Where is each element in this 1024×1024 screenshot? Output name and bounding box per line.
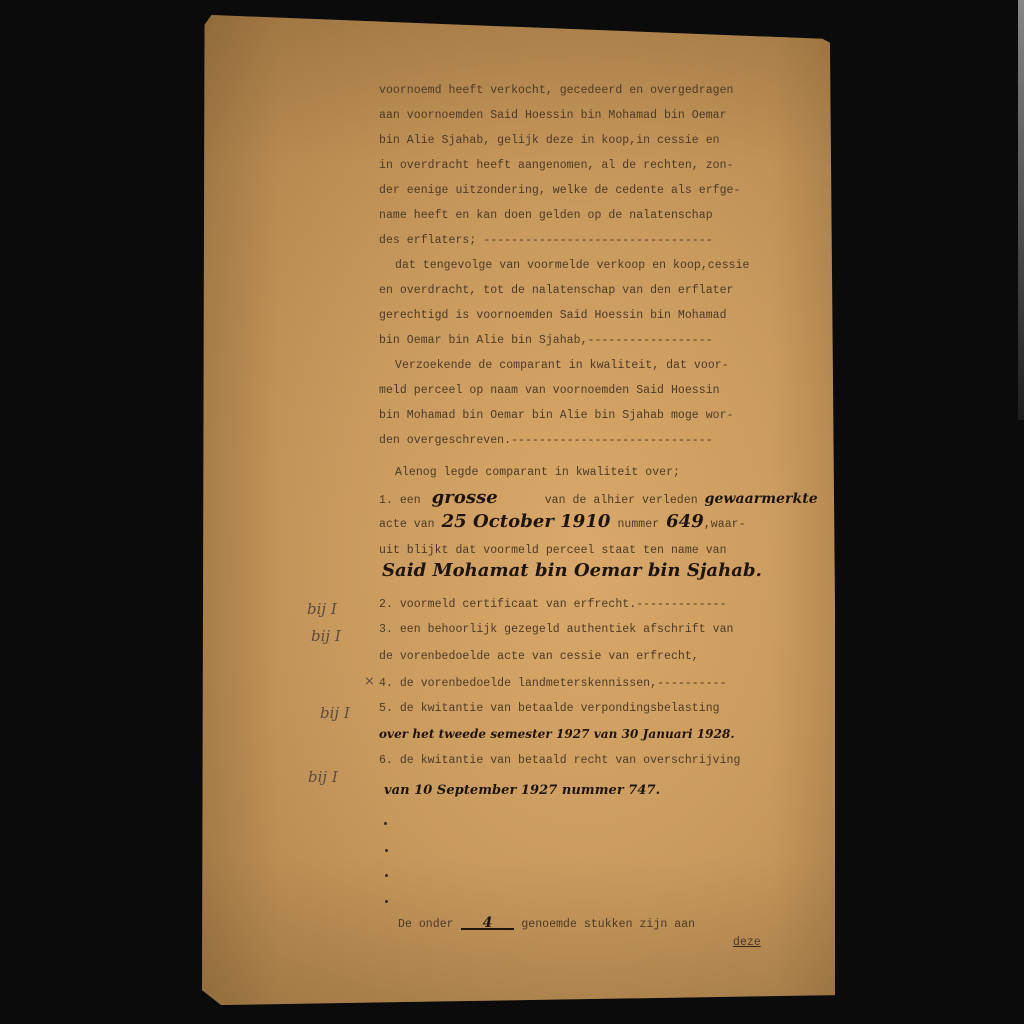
margin-note: bij I [311, 627, 341, 645]
typed-text: 1. een [379, 494, 421, 507]
typed-text: De onder [398, 918, 454, 931]
text-line: dat tengevolge van voormelde verkoop en … [395, 259, 750, 273]
item-6: 6. de kwitantie van betaald recht van ov… [379, 754, 740, 768]
typed-text: ,waar- [704, 518, 746, 531]
text-line: bin Oemar bin Alie bin Sjahab,----------… [379, 334, 713, 348]
handwritten-grosse: grosse [432, 487, 498, 508]
text-line: in overdracht heeft aangenomen, al de re… [379, 159, 734, 173]
dot-mark [385, 900, 388, 903]
item-2: 2. voormeld certificaat van erfrecht.---… [379, 598, 727, 612]
margin-note: bij I [307, 600, 337, 618]
margin-note-cross: × [364, 674, 375, 689]
item-1-line-1: 1. een grosse van de alhier verleden gew… [379, 491, 818, 508]
dot-mark [384, 822, 387, 825]
handwritten-type: gewaarmerkte [705, 491, 818, 507]
typed-text: genoemde stukken zijn aan [521, 918, 695, 931]
text-line: bin Alie Sjahab, gelijk deze in koop,in … [379, 134, 720, 148]
background-edge [1018, 0, 1024, 420]
text-line: gerechtigd is voornoemden Said Hoessin b… [379, 309, 727, 323]
handwritten-name: Said Mohamat bin Oemar bin Sjahab. [382, 564, 762, 578]
item-5: 5. de kwitantie van betaalde verpondings… [379, 702, 720, 716]
text-line: en overdracht, tot de nalatenschap van d… [379, 284, 734, 298]
handwritten-date: 25 October 1910 [442, 511, 611, 532]
handwritten-count: 4 [461, 918, 515, 930]
typed-text: acte van [379, 518, 435, 531]
dot-mark [385, 849, 388, 852]
margin-note: bij I [320, 704, 350, 722]
item-3-line-2: de vorenbedoelde acte van cessie van erf… [379, 650, 699, 664]
item-4: 4. de vorenbedoelde landmeterskennissen,… [379, 677, 727, 691]
text-line: Alenog legde comparant in kwaliteit over… [395, 466, 680, 480]
text-line: meld perceel op naam van voornoemden Sai… [379, 384, 720, 398]
dot-mark [385, 874, 388, 877]
typed-text: van de alhier verleden [545, 494, 698, 507]
item-6-handwritten: van 10 September 1927 nummer 747. [384, 784, 660, 798]
text-line: voornoemd heeft verkocht, gecedeerd en o… [379, 84, 734, 98]
typed-text: nummer [617, 518, 659, 531]
text-line: bin Mohamad bin Oemar bin Alie bin Sjaha… [379, 409, 734, 423]
item-1-line-2: acte van 25 October 1910 nummer 649,waar… [379, 515, 746, 532]
item-5-handwritten: over het tweede semester 1927 van 30 Jan… [379, 727, 735, 741]
text-line: aan voornoemden Said Hoessin bin Mohamad… [379, 109, 727, 123]
text-line: uit blijkt dat voormeld perceel staat te… [379, 544, 727, 558]
closing-line: De onder 4 genoemde stukken zijn aan [398, 918, 695, 932]
margin-note: bij I [308, 768, 338, 786]
handwritten-number: 649 [666, 511, 704, 532]
text-line: der eenige uitzondering, welke de cedent… [379, 184, 740, 198]
text-line: Verzoekende de comparant in kwaliteit, d… [395, 359, 729, 373]
text-line: den overgeschreven.---------------------… [379, 434, 713, 448]
closing-last-word: deze [733, 936, 761, 950]
text-line: name heeft en kan doen gelden op de nala… [379, 209, 713, 223]
item-3-line-1: 3. een behoorlijk gezegeld authentiek af… [379, 623, 734, 637]
text-line: des erflaters; -------------------------… [379, 234, 713, 248]
